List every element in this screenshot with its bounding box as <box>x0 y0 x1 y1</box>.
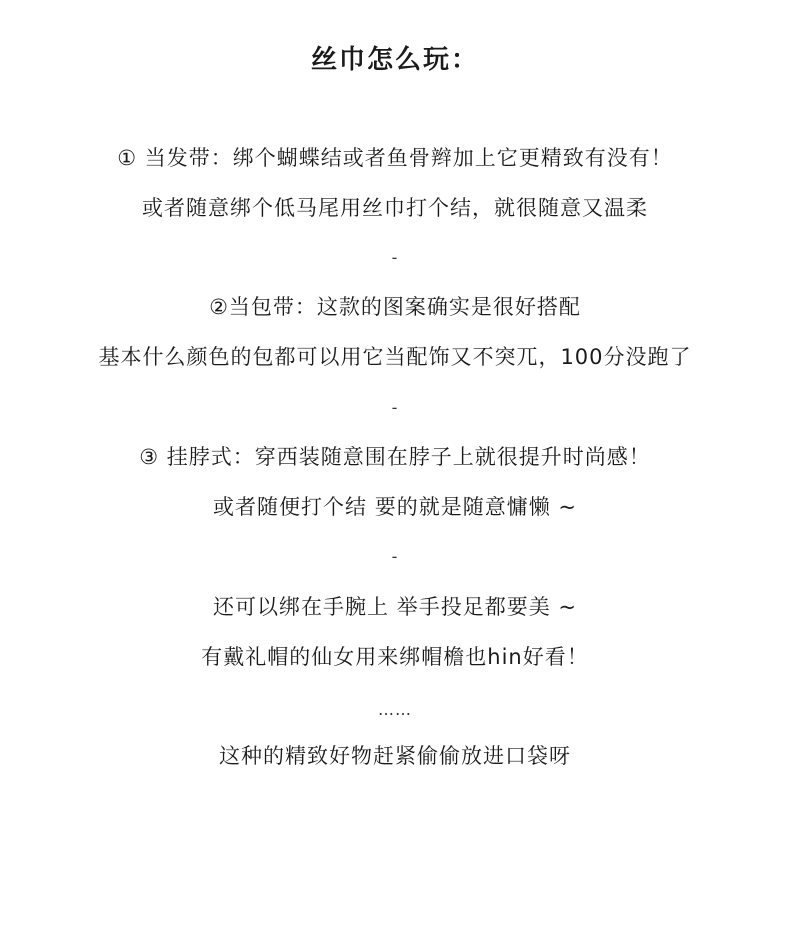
text-line: ③ 挂脖式：穿西装随意围在脖子上就很提升时尚感！ <box>0 442 790 472</box>
text-line: 还可以绑在手腕上 举手投足都要美 ~ <box>0 592 790 622</box>
ellipsis-separator: …… <box>0 695 790 725</box>
text-line: 有戴礼帽的仙女用来绑帽檐也hin好看！ <box>0 642 790 672</box>
text-line: 或者随便打个结 要的就是随意慵懒 ~ <box>0 492 790 522</box>
separator: - <box>0 243 790 273</box>
text-line: 基本什么颜色的包都可以用它当配饰又不突兀，100分没跑了 <box>0 342 790 372</box>
text-line: ②当包带：这款的图案确实是很好搭配 <box>0 292 790 322</box>
text-line: 或者随意绑个低马尾用丝巾打个结，就很随意又温柔 <box>0 193 790 223</box>
text-line: ① 当发带：绑个蝴蝶结或者鱼骨辫加上它更精致有没有！ <box>0 143 790 173</box>
text-line: 这种的精致好物赶紧偷偷放进口袋呀 <box>0 741 790 771</box>
page-title: 丝巾怎么玩： <box>0 42 790 78</box>
separator: - <box>0 393 790 423</box>
separator: - <box>0 542 790 572</box>
